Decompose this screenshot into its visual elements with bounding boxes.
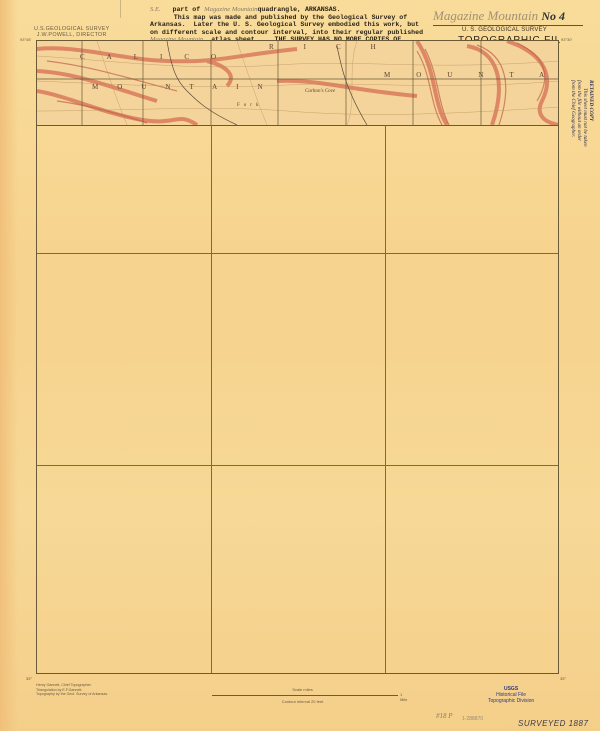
director-name: J.W.POWELL, DIRECTOR: [34, 32, 110, 38]
tick-top-right: 93°30': [561, 37, 572, 42]
topographic-relief-strip: CALICO MOUNTAIN RICH MOUNTAIN Carlton's …: [37, 41, 558, 126]
left-agency-title: U.S.GEOLOGICAL SURVEY J.W.POWELL, DIRECT…: [34, 26, 110, 39]
tick-top-left: 93°45': [20, 37, 31, 42]
retained-copy-note: RETAINED COPY This sheet must not be tak…: [566, 80, 596, 175]
label-mountain-1: MOUNTAIN: [92, 83, 282, 91]
note-line2: This map was made and published by the G…: [174, 14, 407, 21]
handwritten-number: No 4: [541, 9, 565, 23]
scale-title: Scale miles: [200, 687, 405, 692]
paper-fold-mark: [120, 0, 121, 18]
scale-bar: Scale miles 1 Mile Contour interval 20 f…: [200, 684, 405, 706]
retained-copy-title: RETAINED COPY: [588, 80, 594, 121]
retained-copy-line4: from the Chief Geographer.: [570, 80, 576, 137]
label-fork: Fork: [237, 103, 262, 108]
right-agency-title: U. S. GEOLOGICAL SURVEY: [462, 27, 547, 33]
map-frame: CALICO MOUNTAIN RICH MOUNTAIN Carlton's …: [36, 40, 559, 674]
tick-bottom-right: 35°: [560, 676, 566, 681]
paper-edge-shading: [0, 0, 18, 731]
corner-handwriting: S.E.: [150, 6, 161, 13]
grid-line-h2: [37, 465, 558, 466]
label-carltons-cove: Carlton's Cove: [305, 89, 335, 94]
label-calico: CALICO: [80, 53, 238, 61]
label-mountain-2: MOUNTAIN: [384, 71, 558, 79]
scale-line: [212, 695, 398, 696]
credit-topography: Topography by the Geol. Survey of Arkans…: [36, 692, 108, 697]
note-line3: Arkansas. Later the U. S. Geological Sur…: [150, 21, 419, 28]
handwritten-name: Magazine Mountain: [433, 8, 538, 23]
note-line4: on different scale and contour interval,…: [150, 29, 423, 36]
stamp-line2: Topographic Division: [488, 698, 534, 704]
retained-copy-line2: This sheet must not be taken: [582, 88, 588, 147]
historical-file-stamp: USGS Historical File Topographic Divisio…: [488, 686, 534, 704]
grid-line-v1: [211, 125, 212, 673]
grid-line-h1: [37, 253, 558, 254]
archive-handwritten-number: #18 P: [436, 712, 453, 720]
tick-bottom-left: 35°: [26, 676, 32, 681]
retained-copy-line3: from the file without an order: [576, 80, 582, 141]
note-line1-suffix: quadrangle, ARKANSAS.: [257, 6, 340, 13]
surveyed-date: SURVEYED 1887: [518, 719, 588, 728]
note-line1-prefix: part of: [173, 6, 201, 13]
handwritten-map-title: Magazine Mountain No 4: [433, 8, 583, 26]
contour-interval-note: Contour interval 20 feet: [200, 699, 405, 704]
grid-line-v2: [385, 125, 386, 673]
archive-code: 1-288870: [462, 716, 483, 722]
label-rich: RICH: [269, 43, 406, 51]
map-sheet: S.E. part of Magazine Mountainquadrangle…: [0, 0, 600, 731]
map-credits: Henry Gannett, Chief Topographer. Triang…: [36, 683, 108, 697]
note-line1-handwritten: Magazine Mountain: [204, 6, 257, 13]
